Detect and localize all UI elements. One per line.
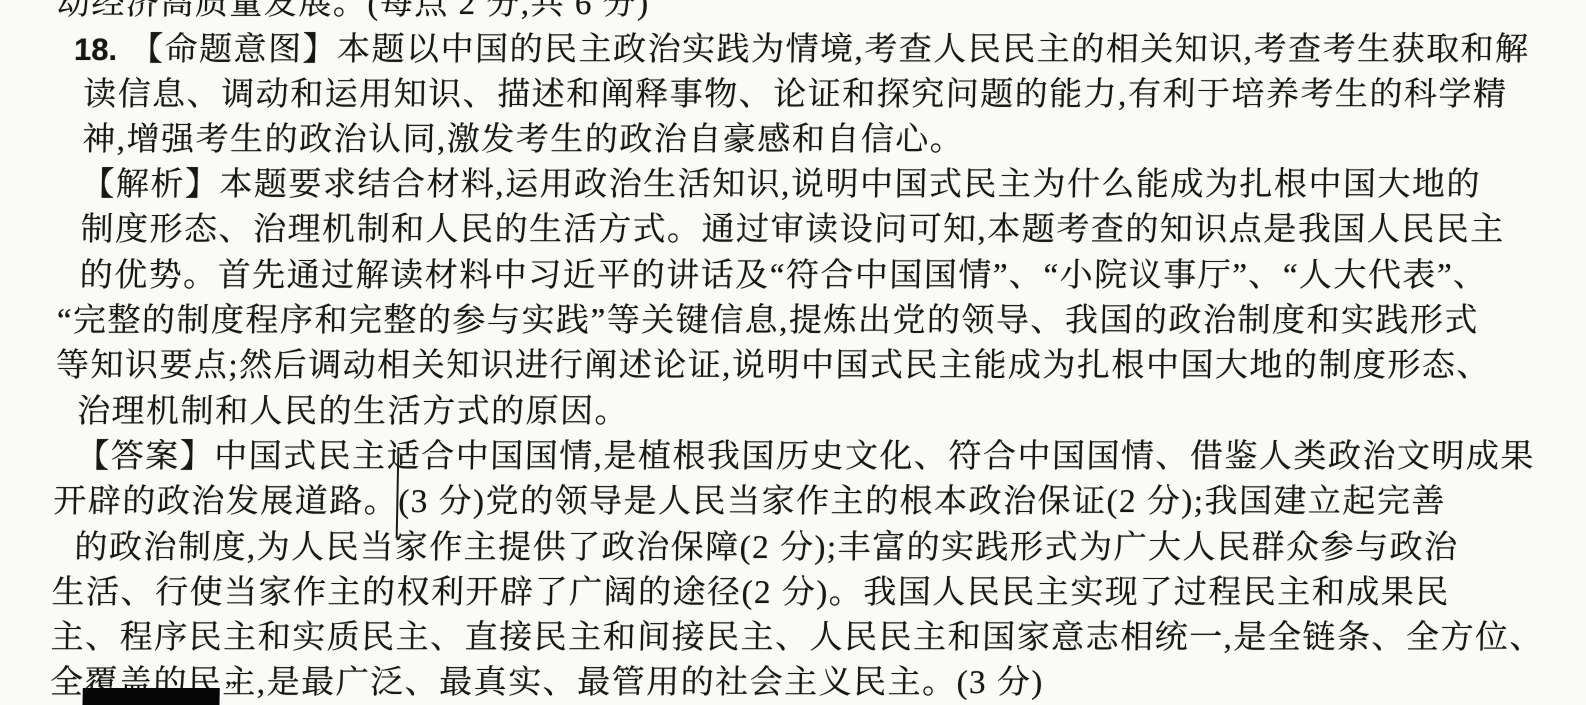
line-analysis-5: 等知识要点;然后调动相关知识进行阐述论证,说明中国式民主能成为扎根中国大地的制度… <box>56 344 1537 389</box>
line-analysis-6: 治理机制和人民的生活方式的原因。 <box>77 390 1536 435</box>
line-analysis-1: 【解析】本题要求结合材料,运用政治生活知识,说明中国式民主为什么能成为扎根中国大… <box>81 163 1540 208</box>
stray-quote-mark: ” <box>224 676 237 705</box>
question-number: 18. <box>74 27 131 72</box>
line-intent-3: 神,增强考生的政治认同,激发考生的政治自豪感和自信心。 <box>82 118 1541 163</box>
intent-heading-text: 【命题意图】本题以中国的民主政治实践为情境,考查人民民主的相关知识,考查考生获取… <box>130 28 1530 73</box>
line-analysis-2: 制度形态、治理机制和人民的生活方式。通过审读设问可知,本题考查的知识点是我国人民… <box>80 208 1539 253</box>
line-answer-5: 主、程序民主和实质民主、直接民主和间接民主、人民民主和国家意志相统一,是全链条、… <box>50 616 1531 661</box>
line-answer-6: 全覆盖的民主,是最广泛、最真实、最管用的社会主义民主。(3 分) <box>49 661 1530 705</box>
bottom-black-box-artifact <box>82 688 219 705</box>
scanned-sheet: 动经济高质量发展。(每点 2 分,共 6 分) 18. 【命题意图】本题以中国的… <box>0 0 1586 705</box>
text-column: 动经济高质量发展。(每点 2 分,共 6 分) 18. 【命题意图】本题以中国的… <box>71 0 1543 705</box>
line-answer-4: 生活、行使当家作主的权利开辟了广阔的途径(2 分)。我国人民民主实现了过程民主和… <box>51 571 1532 616</box>
line-answer-2: 开辟的政治发展道路。(3 分)党的领导是人民当家作主的根本政治保证(2 分);我… <box>53 480 1534 525</box>
line-analysis-4: “完整的制度程序和完整的参与实践”等关键信息,提炼出党的领导、我国的政治制度和实… <box>56 299 1537 344</box>
line-analysis-3: 的优势。首先通过解读材料中习近平的讲话及“符合中国国情”、“小院议事厅”、“人大… <box>79 254 1538 299</box>
line-answer-3: 的政治制度,为人民当家作主提供了政治保障(2 分);丰富的实践形式为广大人民群众… <box>74 526 1533 571</box>
prev-answer-fragment-line: 动经济高质量发展。(每点 2 分,共 6 分) <box>56 0 1543 27</box>
scanned-exam-answer-page: { "page": { "background": "#fafaf7", "in… <box>0 0 1586 705</box>
line-answer-1: 【答案】中国式民主适合中国国情,是植根我国历史文化、符合中国国情、借鉴人类政治文… <box>76 435 1535 480</box>
line-intent-2: 读信息、调动和运用知识、描述和阐释事物、论证和探究问题的能力,有利于培养考生的科… <box>83 73 1542 118</box>
line-intent-1: 18. 【命题意图】本题以中国的民主政治实践为情境,考查人民民主的相关知识,考查… <box>84 27 1543 72</box>
